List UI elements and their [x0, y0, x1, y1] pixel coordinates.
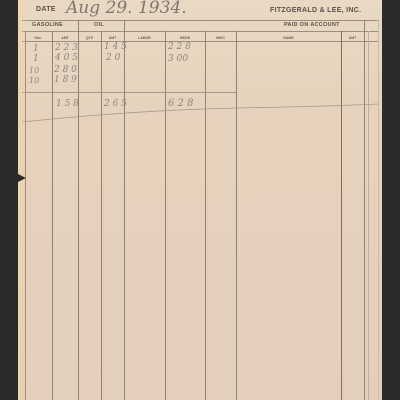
date-value: Aug 29. 1934. [66, 0, 187, 18]
torn-edge [14, 172, 26, 184]
gal-value: 1 [33, 44, 39, 54]
col-qts: QTS [78, 36, 101, 40]
total-mdse: 6 2 8 [168, 98, 193, 109]
col-labor: LABOR [124, 36, 165, 40]
gas-amt-value: 2 8 0 [54, 65, 77, 75]
date-label: DATE [36, 6, 56, 13]
oil-amt-value: 1 4 5 [104, 42, 127, 52]
gas-amt-value: 1 8 9 [54, 75, 77, 85]
gas-amt-value: 4 0 5 [55, 53, 78, 63]
col-gas-amt: AMT [52, 36, 78, 40]
gal-value: 10 [29, 76, 39, 85]
total-gas-amt: 1 5 8 [56, 99, 79, 109]
ledger-page: DATE Aug 29. 1934. FITZGERALD & LEE, INC… [18, 0, 382, 400]
oil-amt-value: 2 0 [106, 53, 120, 63]
oil-section-label: OIL [94, 22, 104, 28]
col-gal: GAL [25, 36, 51, 40]
mdse-value: 2 2 8 [168, 42, 191, 52]
col-name: NAME [236, 36, 341, 40]
gal-value: 10 [29, 66, 39, 75]
company-name: FITZGERALD & LEE, INC. [270, 7, 361, 14]
gas-amt-value: 2 2 3 [55, 43, 78, 53]
col-misc: MISC [205, 36, 236, 40]
mdse-value: 3 00 [168, 54, 188, 64]
gal-value: 1 [33, 54, 39, 64]
col-oil-amt: AMT [101, 36, 124, 40]
paid-on-account-label: PAID ON ACCOUNT [284, 22, 340, 28]
total-oil-amt: 2 6 5 [104, 99, 127, 109]
gasoline-section-label: GASOLINE [32, 22, 63, 28]
col-mdse: MDSE [165, 36, 205, 40]
col-amt: AMT [341, 36, 364, 40]
